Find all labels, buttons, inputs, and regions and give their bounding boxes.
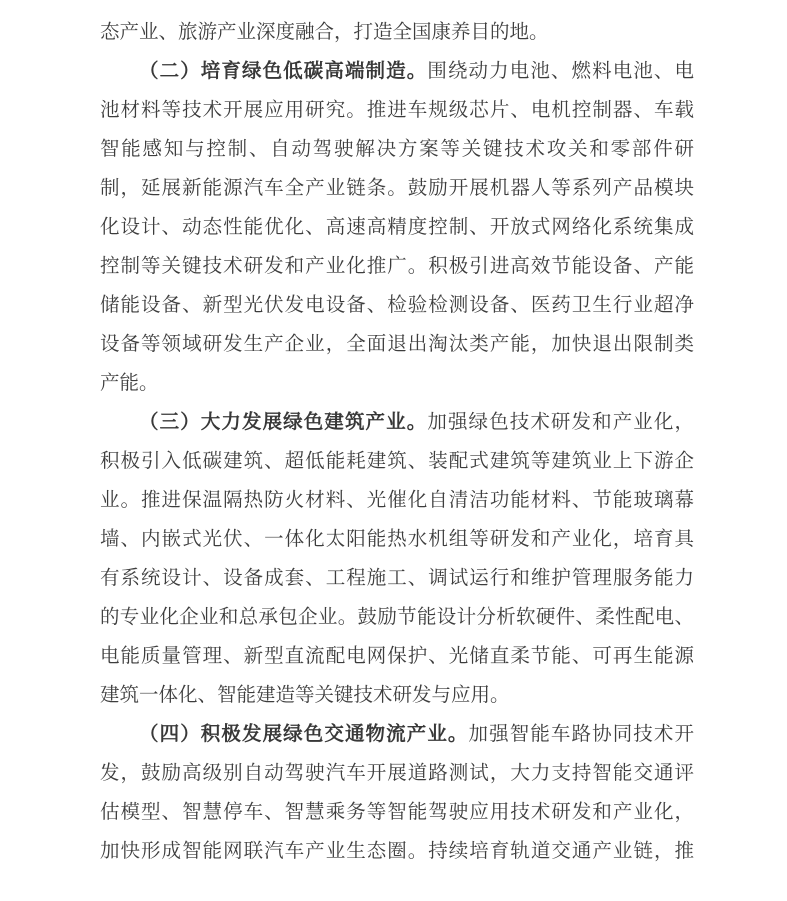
text-segment: 积极引入低碳建筑、超低能耗建筑、装配式建筑等建筑业上下游企 <box>100 451 694 472</box>
text-line: 发，鼓励高级别自动驾驶汽车开展道路测试，大力支持智能交通评 <box>100 754 694 793</box>
text-segment: 的专业化企业和总承包企业。鼓励节能设计分析软硬件、柔性配电、 <box>100 607 694 628</box>
text-line: 设备等领域研发生产企业，全面退出淘汰类产能，加快退出限制类 <box>100 325 694 364</box>
text-segment: 化设计、动态性能优化、高速高精度控制、开放式网络化系统集成 <box>100 217 694 238</box>
section-heading: （二）培育绿色低碳高端制造。 <box>139 61 427 82</box>
text-line: 积极引入低碳建筑、超低能耗建筑、装配式建筑等建筑业上下游企 <box>100 442 694 481</box>
text-segment: 加快形成智能网联汽车产业生态圈。持续培育轨道交通产业链，推 <box>100 841 694 862</box>
text-segment: 有系统设计、设备成套、工程施工、调试运行和维护管理服务能力 <box>100 568 694 589</box>
text-segment: 估模型、智慧停车、智慧乘务等智能驾驶应用技术研发和产业化， <box>100 802 694 823</box>
text-segment: 产能。 <box>100 373 159 394</box>
text-line: 储能设备、新型光伏发电设备、检验检测设备、医药卫生行业超净 <box>100 286 694 325</box>
text-segment: 围绕动力电池、燃料电池、电 <box>427 61 694 82</box>
text-segment: 储能设备、新型光伏发电设备、检验检测设备、医药卫生行业超净 <box>100 295 694 316</box>
page: { "page": { "background_color": "#ffffff… <box>0 0 787 901</box>
text-segment: 业。推进保温隔热防火材料、光催化自清洁功能材料、节能玻璃幕 <box>100 490 694 511</box>
section-heading: （三）大力发展绿色建筑产业。 <box>139 412 427 433</box>
text-line: 制，延展新能源汽车全产业链条。鼓励开展机器人等系列产品模块 <box>100 169 694 208</box>
text-segment: 加强绿色技术研发和产业化， <box>427 412 694 433</box>
text-line: （二）培育绿色低碳高端制造。围绕动力电池、燃料电池、电 <box>100 52 694 91</box>
text-line: （四）积极发展绿色交通物流产业。加强智能车路协同技术开 <box>100 715 694 754</box>
text-segment: 建筑一体化、智能建造等关键技术研发与应用。 <box>100 685 510 706</box>
document-body: 态产业、旅游产业深度融合，打造全国康养目的地。（二）培育绿色低碳高端制造。围绕动… <box>100 13 694 871</box>
text-line: 化设计、动态性能优化、高速高精度控制、开放式网络化系统集成 <box>100 208 694 247</box>
text-segment: 态产业、旅游产业深度融合，打造全国康养目的地。 <box>100 22 549 43</box>
text-line: 有系统设计、设备成套、工程施工、调试运行和维护管理服务能力 <box>100 559 694 598</box>
text-segment: 墙、内嵌式光伏、一体化太阳能热水机组等研发和产业化，培育具 <box>100 529 694 550</box>
text-line: 电能质量管理、新型直流配电网保护、光储直柔节能、可再生能源 <box>100 637 694 676</box>
text-segment: 池材料等技术开展应用研究。推进车规级芯片、电机控制器、车载 <box>100 100 694 121</box>
text-line: 的专业化企业和总承包企业。鼓励节能设计分析软硬件、柔性配电、 <box>100 598 694 637</box>
text-line: （三）大力发展绿色建筑产业。加强绿色技术研发和产业化， <box>100 403 694 442</box>
text-segment: 制，延展新能源汽车全产业链条。鼓励开展机器人等系列产品模块 <box>100 178 694 199</box>
text-line: 加快形成智能网联汽车产业生态圈。持续培育轨道交通产业链，推 <box>100 832 694 871</box>
text-line: 智能感知与控制、自动驾驶解决方案等关键技术攻关和零部件研 <box>100 130 694 169</box>
text-segment: 智能感知与控制、自动驾驶解决方案等关键技术攻关和零部件研 <box>100 139 694 160</box>
text-segment: 控制等关键技术研发和产业化推广。积极引进高效节能设备、产能 <box>100 256 694 277</box>
text-segment: 加强智能车路协同技术开 <box>469 724 694 745</box>
document-page: 态产业、旅游产业深度融合，打造全国康养目的地。（二）培育绿色低碳高端制造。围绕动… <box>0 0 787 901</box>
text-line: 态产业、旅游产业深度融合，打造全国康养目的地。 <box>100 13 694 52</box>
text-segment: 发，鼓励高级别自动驾驶汽车开展道路测试，大力支持智能交通评 <box>100 763 694 784</box>
text-line: 池材料等技术开展应用研究。推进车规级芯片、电机控制器、车载 <box>100 91 694 130</box>
text-line: 控制等关键技术研发和产业化推广。积极引进高效节能设备、产能 <box>100 247 694 286</box>
text-segment: 电能质量管理、新型直流配电网保护、光储直柔节能、可再生能源 <box>100 646 694 667</box>
text-line: 业。推进保温隔热防火材料、光催化自清洁功能材料、节能玻璃幕 <box>100 481 694 520</box>
text-segment: 设备等领域研发生产企业，全面退出淘汰类产能，加快退出限制类 <box>100 334 694 355</box>
text-line: 产能。 <box>100 364 694 403</box>
text-line: 建筑一体化、智能建造等关键技术研发与应用。 <box>100 676 694 715</box>
text-line: 墙、内嵌式光伏、一体化太阳能热水机组等研发和产业化，培育具 <box>100 520 694 559</box>
text-line: 估模型、智慧停车、智慧乘务等智能驾驶应用技术研发和产业化， <box>100 793 694 832</box>
section-heading: （四）积极发展绿色交通物流产业。 <box>139 724 469 745</box>
